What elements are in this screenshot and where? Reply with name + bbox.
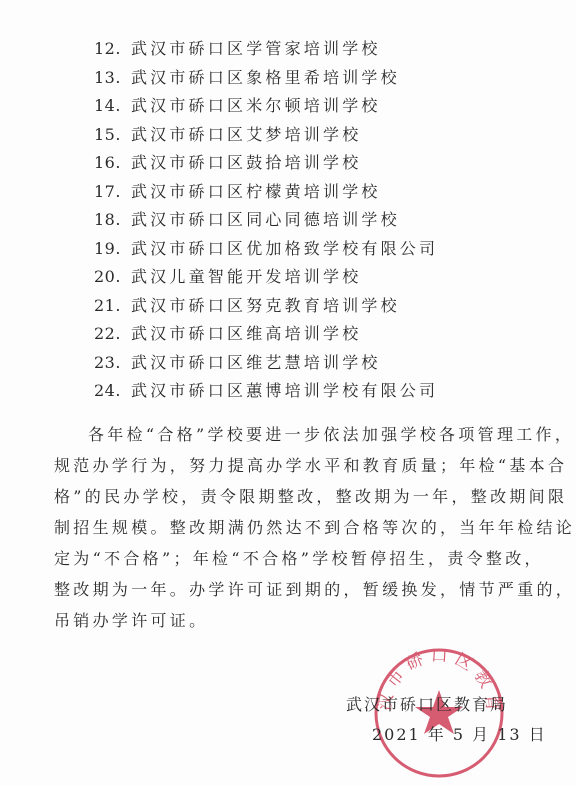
list-item: 16.武汉市硚口区鼓拾培训学校: [94, 149, 438, 178]
school-name: 武汉市硚口区柠檬黄培训学校: [131, 182, 381, 201]
paragraph-line: 定为“不合格”；年检“不合格”学校暂停招生，责令整改，: [54, 543, 554, 574]
school-name: 武汉市硚口区维艺慧培训学校: [131, 353, 381, 372]
list-number: 14.: [94, 92, 131, 121]
list-number: 15.: [94, 121, 131, 150]
list-item: 13.武汉市硚口区象格里希培训学校: [94, 64, 438, 93]
school-name: 武汉市硚口区艾梦培训学校: [131, 125, 361, 144]
list-item: 21.武汉市硚口区努克教育培训学校: [94, 292, 438, 321]
issuer-name: 武汉市硚口区教育局: [346, 690, 547, 720]
list-item: 20.武汉儿童智能开发培训学校: [94, 263, 438, 292]
school-name: 武汉市硚口区优加格致学校有限公司: [131, 239, 438, 258]
list-number: 16.: [94, 149, 131, 178]
paragraph-line: 规范办学行为，努力提高办学水平和教育质量；年检“基本合: [54, 450, 554, 481]
paragraph-line: 吊销办学许可证。: [54, 605, 554, 636]
school-name: 武汉市硚口区维高培训学校: [131, 324, 361, 343]
school-name: 武汉市硚口区努克教育培训学校: [131, 296, 400, 315]
paragraph-line: 各年检“合格”学校要进一步依法加强学校各项管理工作，: [54, 419, 554, 450]
list-item: 17.武汉市硚口区柠檬黄培训学校: [94, 178, 438, 207]
list-number: 20.: [94, 263, 131, 292]
paragraph-line: 整改期为一年。办学许可证到期的，暂缓换发，情节严重的，: [54, 574, 554, 605]
list-number: 19.: [94, 235, 131, 264]
document-page: 12.武汉市硚口区学管家培训学校 13.武汉市硚口区象格里希培训学校 14.武汉…: [0, 0, 576, 785]
school-name: 武汉市硚口区鼓拾培训学校: [131, 153, 361, 172]
list-number: 12.: [94, 35, 131, 64]
issue-date: 2021 年 5 月 13 日: [346, 720, 547, 750]
list-item: 19.武汉市硚口区优加格致学校有限公司: [94, 235, 438, 264]
paragraph-line: 制招生规模。整改期满仍然达不到合格等次的，当年年检结论: [54, 512, 554, 543]
paragraph-line: 格”的民办学校，责令限期整改，整改期为一年，整改期间限: [54, 481, 554, 512]
school-name: 武汉儿童智能开发培训学校: [131, 267, 361, 286]
school-name: 武汉市硚口区学管家培训学校: [131, 39, 381, 58]
school-name: 武汉市硚口区米尔顿培训学校: [131, 96, 381, 115]
list-number: 22.: [94, 320, 131, 349]
signature-block: 武汉市硚口区教育局 2021 年 5 月 13 日: [346, 690, 547, 750]
list-item: 23.武汉市硚口区维艺慧培训学校: [94, 349, 438, 378]
list-item: 15.武汉市硚口区艾梦培训学校: [94, 121, 438, 150]
list-number: 17.: [94, 178, 131, 207]
list-item: 14.武汉市硚口区米尔顿培训学校: [94, 92, 438, 121]
list-number: 21.: [94, 292, 131, 321]
list-number: 23.: [94, 349, 131, 378]
list-item: 12.武汉市硚口区学管家培训学校: [94, 35, 438, 64]
list-number: 18.: [94, 206, 131, 235]
policy-paragraph: 各年检“合格”学校要进一步依法加强学校各项管理工作， 规范办学行为，努力提高办学…: [54, 419, 554, 636]
school-name: 武汉市硚口区同心同德培训学校: [131, 210, 400, 229]
list-item: 24.武汉市硚口区蕙博培训学校有限公司: [94, 377, 438, 406]
list-number: 13.: [94, 64, 131, 93]
school-name: 武汉市硚口区蕙博培训学校有限公司: [131, 381, 438, 400]
school-name: 武汉市硚口区象格里希培训学校: [131, 68, 400, 87]
list-number: 24.: [94, 377, 131, 406]
school-list: 12.武汉市硚口区学管家培训学校 13.武汉市硚口区象格里希培训学校 14.武汉…: [94, 35, 438, 406]
list-item: 22.武汉市硚口区维高培训学校: [94, 320, 438, 349]
list-item: 18.武汉市硚口区同心同德培训学校: [94, 206, 438, 235]
